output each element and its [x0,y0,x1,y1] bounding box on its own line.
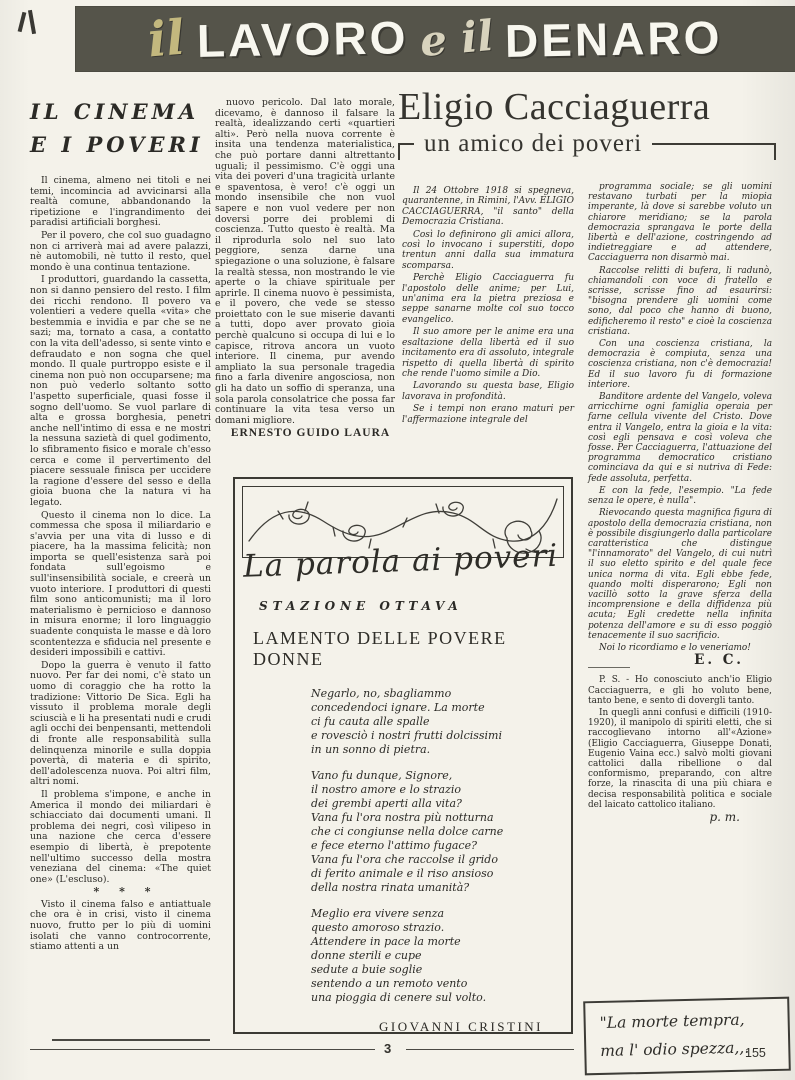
binding-mark [18,12,27,32]
cacciaguerra-paragraph: Perchè Eligio Cacciaguerra fu l'apostolo… [402,273,574,325]
cinema-title-line2: E I POVERI [30,129,211,162]
section-separator-stars: * * * [30,887,211,898]
cacciaguerra-paragraph: Con una coscienza cristiana, la democraz… [588,339,772,390]
masthead-word-denaro: DENARO [505,14,723,64]
masthead-script-il: il [146,14,187,65]
cinema-paragraphs-col2: nuovo pericolo. Dal lato morale, dicevam… [215,98,395,426]
poem-stanza: Vano fu dunque, Signore,il nostro amore … [311,769,571,895]
quote-line-1: "La morte tempra, [599,1006,788,1038]
cinema-paragraph: I produttori, guardando la cassetta, non… [30,275,211,508]
cinema-paragraph: Questo il cinema non lo dice. La commess… [30,511,211,659]
cacciaguerra-headline: Eligio Cacciaguerra un amico dei poveri [398,88,776,160]
cacciaguerra-paragraphs-col1: Il 24 Ottobre 1918 si spegneva, quarante… [402,186,574,425]
masthead-banner: il LAVORO e il DENARO [76,7,795,71]
cacciaguerra-paragraph: programma sociale; se gli uomini restava… [588,182,772,264]
quote-box: "La morte tempra, ma l' odio spezza,,. [583,997,791,1076]
poem-author-signature: GIOVANNI CRISTINI [235,1019,543,1035]
column1-end-rule [52,1039,210,1041]
postscript-paragraphs: P. S. - Ho conosciuto anch'io Eligio Cac… [588,675,772,810]
cinema-paragraph: Visto il cinema falso e antiattuale che … [30,900,211,953]
postscript-paragraph: In quegli anni confusi e difficili (1910… [588,708,772,810]
cacciaguerra-column-1: Il 24 Ottobre 1918 si spegneva, quarante… [402,186,574,427]
feature-box-la-parola-ai-poveri: La parola ai poveri STAZIONE OTTAVA LAME… [233,477,573,1034]
cinema-author-signature: ERNESTO GUIDO LAURA [215,428,395,439]
cinema-paragraph: Dopo la guerra è venuto il fatto nuovo. … [30,661,211,788]
cinema-paragraph: Il problema s'impone, e anche in America… [30,790,211,885]
poem-title: LAMENTO DELLE POVERE DONNE [253,628,571,670]
masthead-word-lavoro: LAVORO [196,14,408,64]
footer-rule-left [30,1049,375,1050]
poem-body: Negarlo, no, sbagliammoconcedendoci igna… [311,687,571,1005]
bracket-left [398,143,414,160]
binding-mark [28,10,36,34]
bracket-right [652,143,776,160]
cacciaguerra-paragraph: Raccolse relitti di bufera, li radunò, c… [588,266,772,337]
cacciaguerra-signature: E. C. [588,655,772,665]
cacciaguerra-paragraph: Banditore ardente del Vangelo, voleva ar… [588,392,772,484]
poem-stanza: Negarlo, no, sbagliammoconcedendoci igna… [311,687,571,757]
postscript-paragraph: P. S. - Ho conosciuto anch'io Eligio Cac… [588,675,772,706]
cacciaguerra-column-2: programma sociale; se gli uomini restava… [588,182,772,824]
cacciaguerra-paragraph: Lavorando su questa base, Eligio lavorav… [402,381,574,402]
postscript-signature: p. m. [588,812,772,822]
cacciaguerra-paragraph: Così lo definirono gli amici allora, cos… [402,230,574,272]
cacciaguerra-subtitle: un amico dei poveri [414,130,652,158]
masthead-script-e-il: e il [418,15,495,63]
cacciaguerra-paragraph: E con la fede, l'esempio. "La fede senza… [588,486,772,506]
feature-kicker: STAZIONE OTTAVA [259,599,571,613]
cinema-article-title: IL CINEMA E I POVERI [30,96,211,161]
cinema-title-line1: IL CINEMA [30,96,211,129]
folio-number: 155 [745,1046,766,1060]
cinema-paragraph: Per il povero, che col suo guadagno non … [30,231,211,273]
cinema-paragraphs-top: Il cinema, almeno nei titoli e nei temi,… [30,176,211,885]
cinema-paragraph: Il cinema, almeno nei titoli e nei temi,… [30,176,211,229]
page-number: 3 [384,1041,391,1056]
cacciaguerra-paragraph: Il suo amore per le anime era una esalta… [402,327,574,379]
poem-stanza: Meglio era vivere senzaquesto amoroso st… [311,907,571,1005]
cacciaguerra-title: Eligio Cacciaguerra [398,88,776,126]
cacciaguerra-paragraphs-col2: programma sociale; se gli uomini restava… [588,182,772,653]
cacciaguerra-paragraph: Noi lo ricordiamo e lo veneriamo! [588,643,772,653]
postscript-divider [588,667,630,668]
cinema-paragraphs-bottom: Visto il cinema falso e antiattuale che … [30,900,211,953]
cacciaguerra-paragraph: Rievocando questa magnifica figura di ap… [588,508,772,641]
cinema-paragraph: nuovo pericolo. Dal lato morale, dicevam… [215,98,395,426]
cacciaguerra-paragraph: Il 24 Ottobre 1918 si spegneva, quarante… [402,186,574,228]
cinema-article-column-1: IL CINEMA E I POVERI Il cinema, almeno n… [30,96,211,955]
cacciaguerra-paragraph: Se i tempi non erano maturi per l'afferm… [402,404,574,425]
footer-rule-right [406,1049,574,1050]
cacciaguerra-subtitle-row: un amico dei poveri [398,130,776,160]
cinema-article-column-2: nuovo pericolo. Dal lato morale, dicevam… [215,98,395,441]
